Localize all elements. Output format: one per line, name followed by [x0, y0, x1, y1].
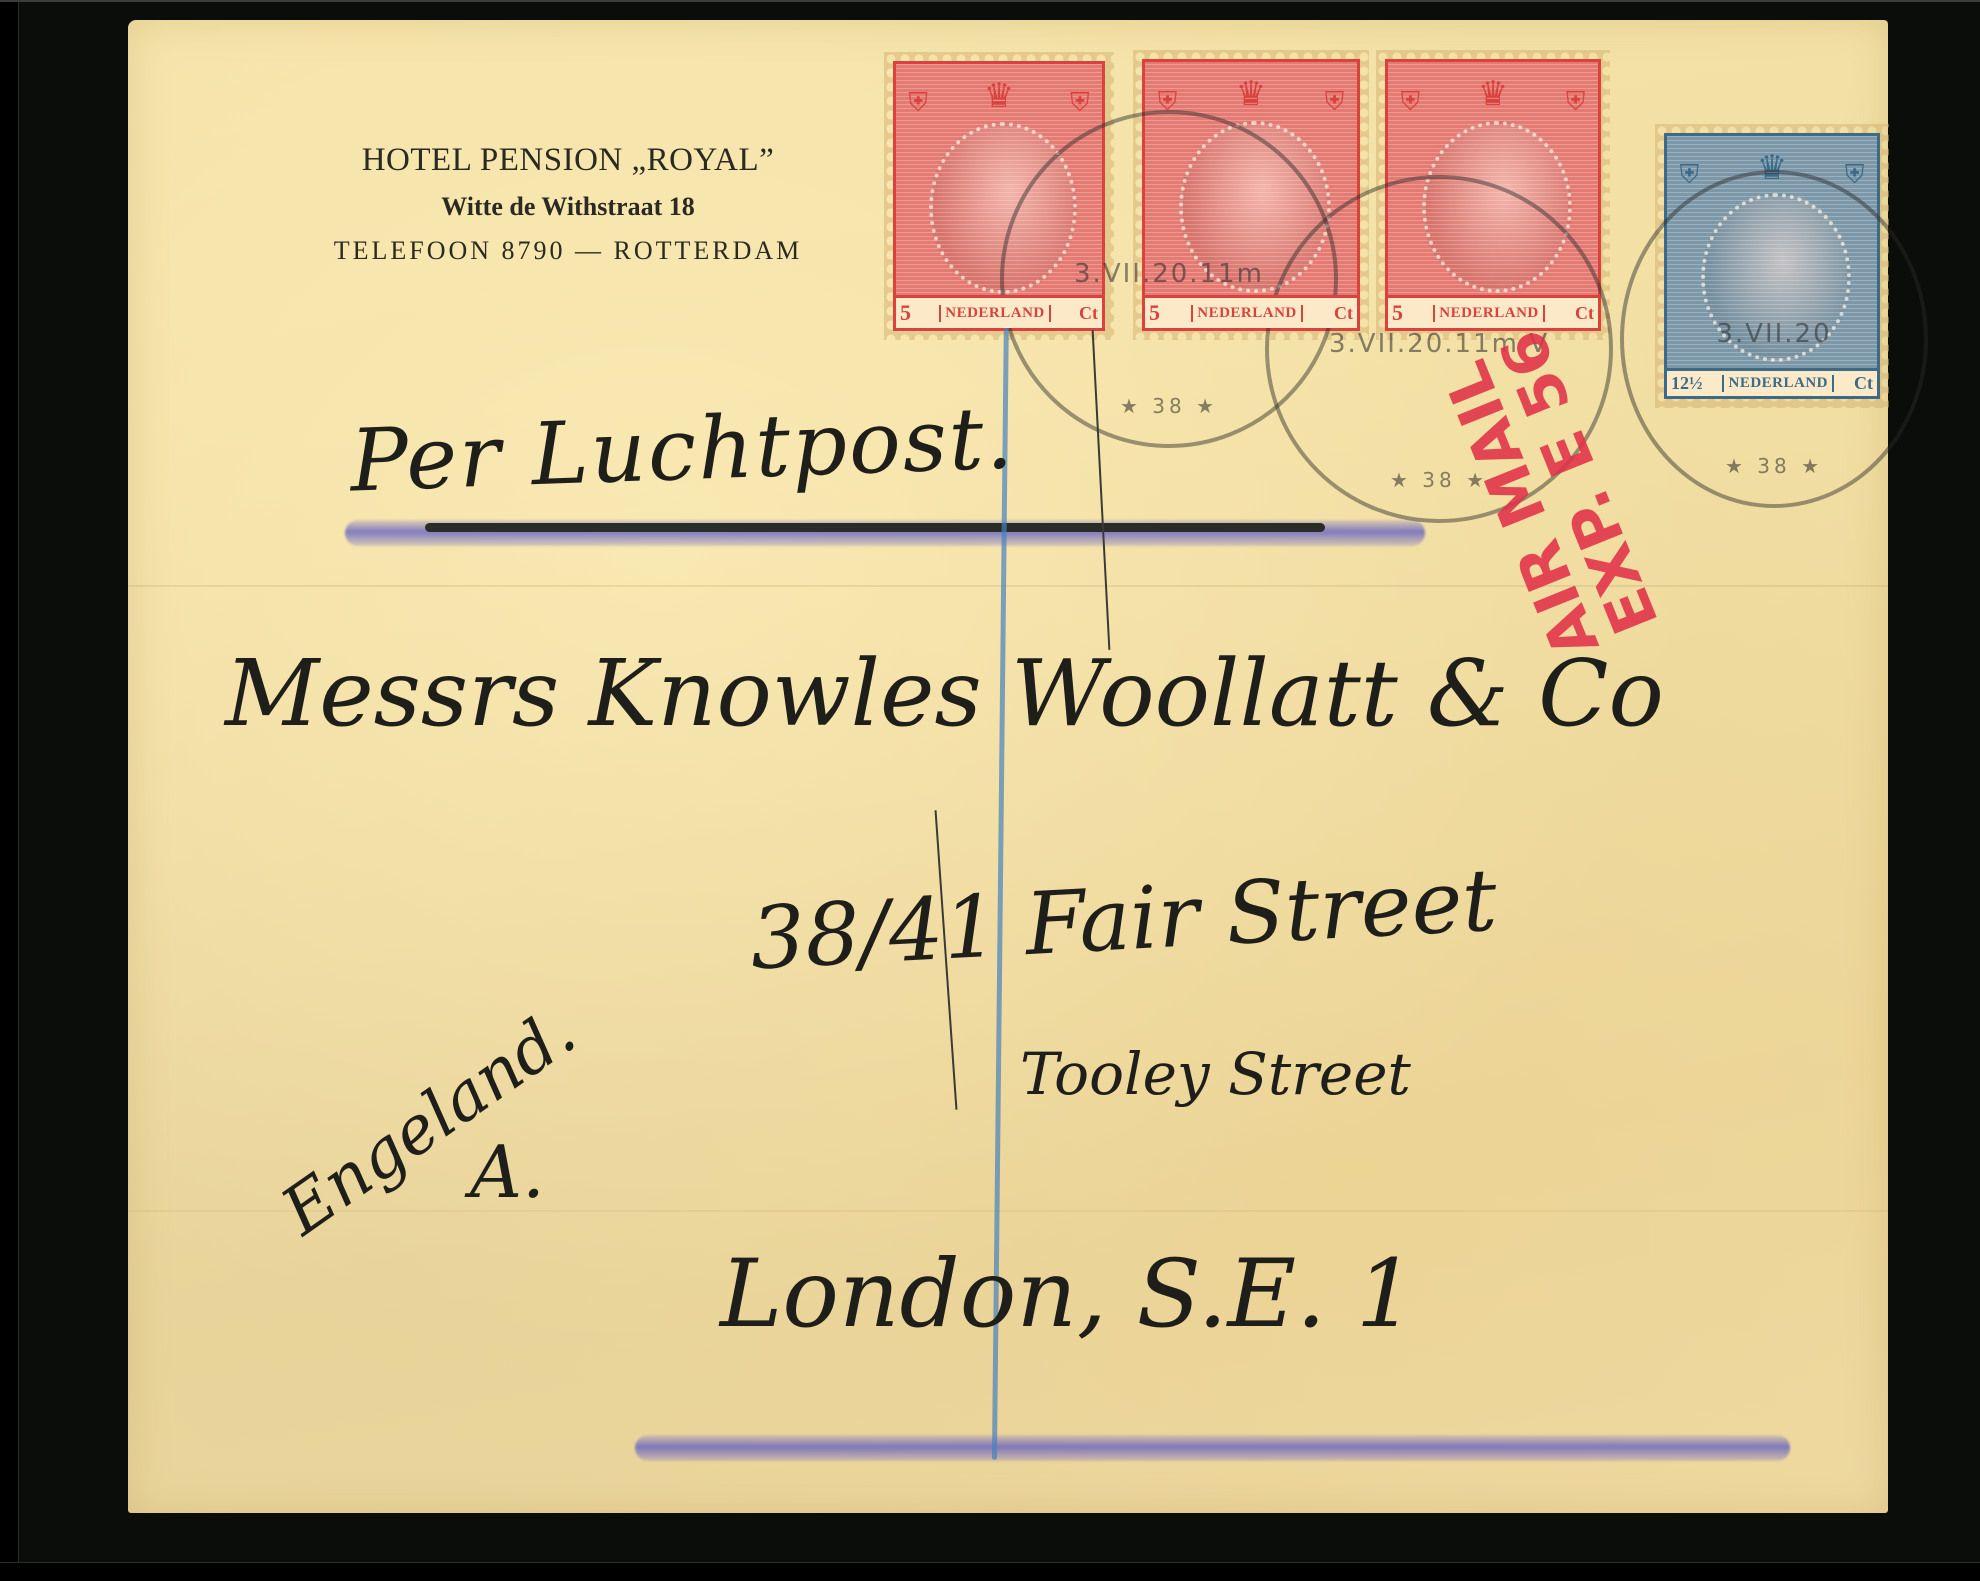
envelope-fold [128, 1210, 1888, 1212]
postmark-number: ★ 38 ★ [1624, 454, 1924, 478]
postmark-circular: 3.VII.20 ★ 38 ★ [1620, 170, 1928, 508]
stamp-value: 5 [900, 300, 911, 326]
stamp-unit: Ct [1854, 373, 1873, 394]
stamp-country: NEDERLAND [1433, 305, 1545, 322]
hotel-name: HOTEL PENSION „ROYAL” [238, 140, 898, 180]
coat-of-arms-icon: ⛨ [908, 90, 928, 116]
stamp-value: 5 [1149, 300, 1160, 326]
coat-of-arms-icon: ⛨ [1070, 90, 1090, 116]
stamp-country: NEDERLAND [1191, 305, 1303, 322]
addressee-name: Messrs Knowles Woollatt & Co [225, 640, 1664, 747]
stamp-unit: Ct [1079, 303, 1098, 324]
handwritten-initial: A. [470, 1130, 545, 1214]
hotel-phone-city: TELEFOON 8790 — ROTTERDAM [238, 236, 898, 266]
letterhead: HOTEL PENSION „ROYAL” Witte de Withstraa… [238, 140, 898, 266]
coat-of-arms-icon: ⛨ [1680, 162, 1700, 188]
mount-frame-left [0, 2, 19, 1562]
stamp-country: NEDERLAND [939, 305, 1051, 322]
coat-of-arms-icon: ⛨ [1401, 89, 1421, 115]
crown-icon: ♛ [1236, 78, 1266, 112]
crown-icon: ♛ [1478, 78, 1508, 112]
mount-frame-top [0, 0, 1980, 2]
postmark-date: 3.VII.20 [1624, 319, 1924, 349]
coat-of-arms-icon: ⛨ [1566, 89, 1586, 115]
stamp-value: 5 [1392, 300, 1403, 326]
crown-icon: ♛ [984, 80, 1014, 114]
stamp-unit: Ct [1334, 303, 1353, 324]
stamp-country: NEDERLAND [1722, 375, 1834, 392]
address-street: Tooley Street [1020, 1040, 1411, 1108]
blue-crayon-underline [635, 1435, 1790, 1461]
coat-of-arms-icon: ⛨ [1325, 89, 1345, 115]
stamp-unit: Ct [1575, 303, 1594, 324]
coat-of-arms-icon: ⛨ [1845, 162, 1865, 188]
mount-frame-bottom [0, 1562, 1980, 1581]
address-city: London, S.E. 1 [720, 1240, 1416, 1349]
ink-underline [425, 523, 1325, 532]
stamp-value: 12½ [1671, 373, 1703, 394]
hotel-street: Witte de Withstraat 18 [238, 192, 898, 222]
